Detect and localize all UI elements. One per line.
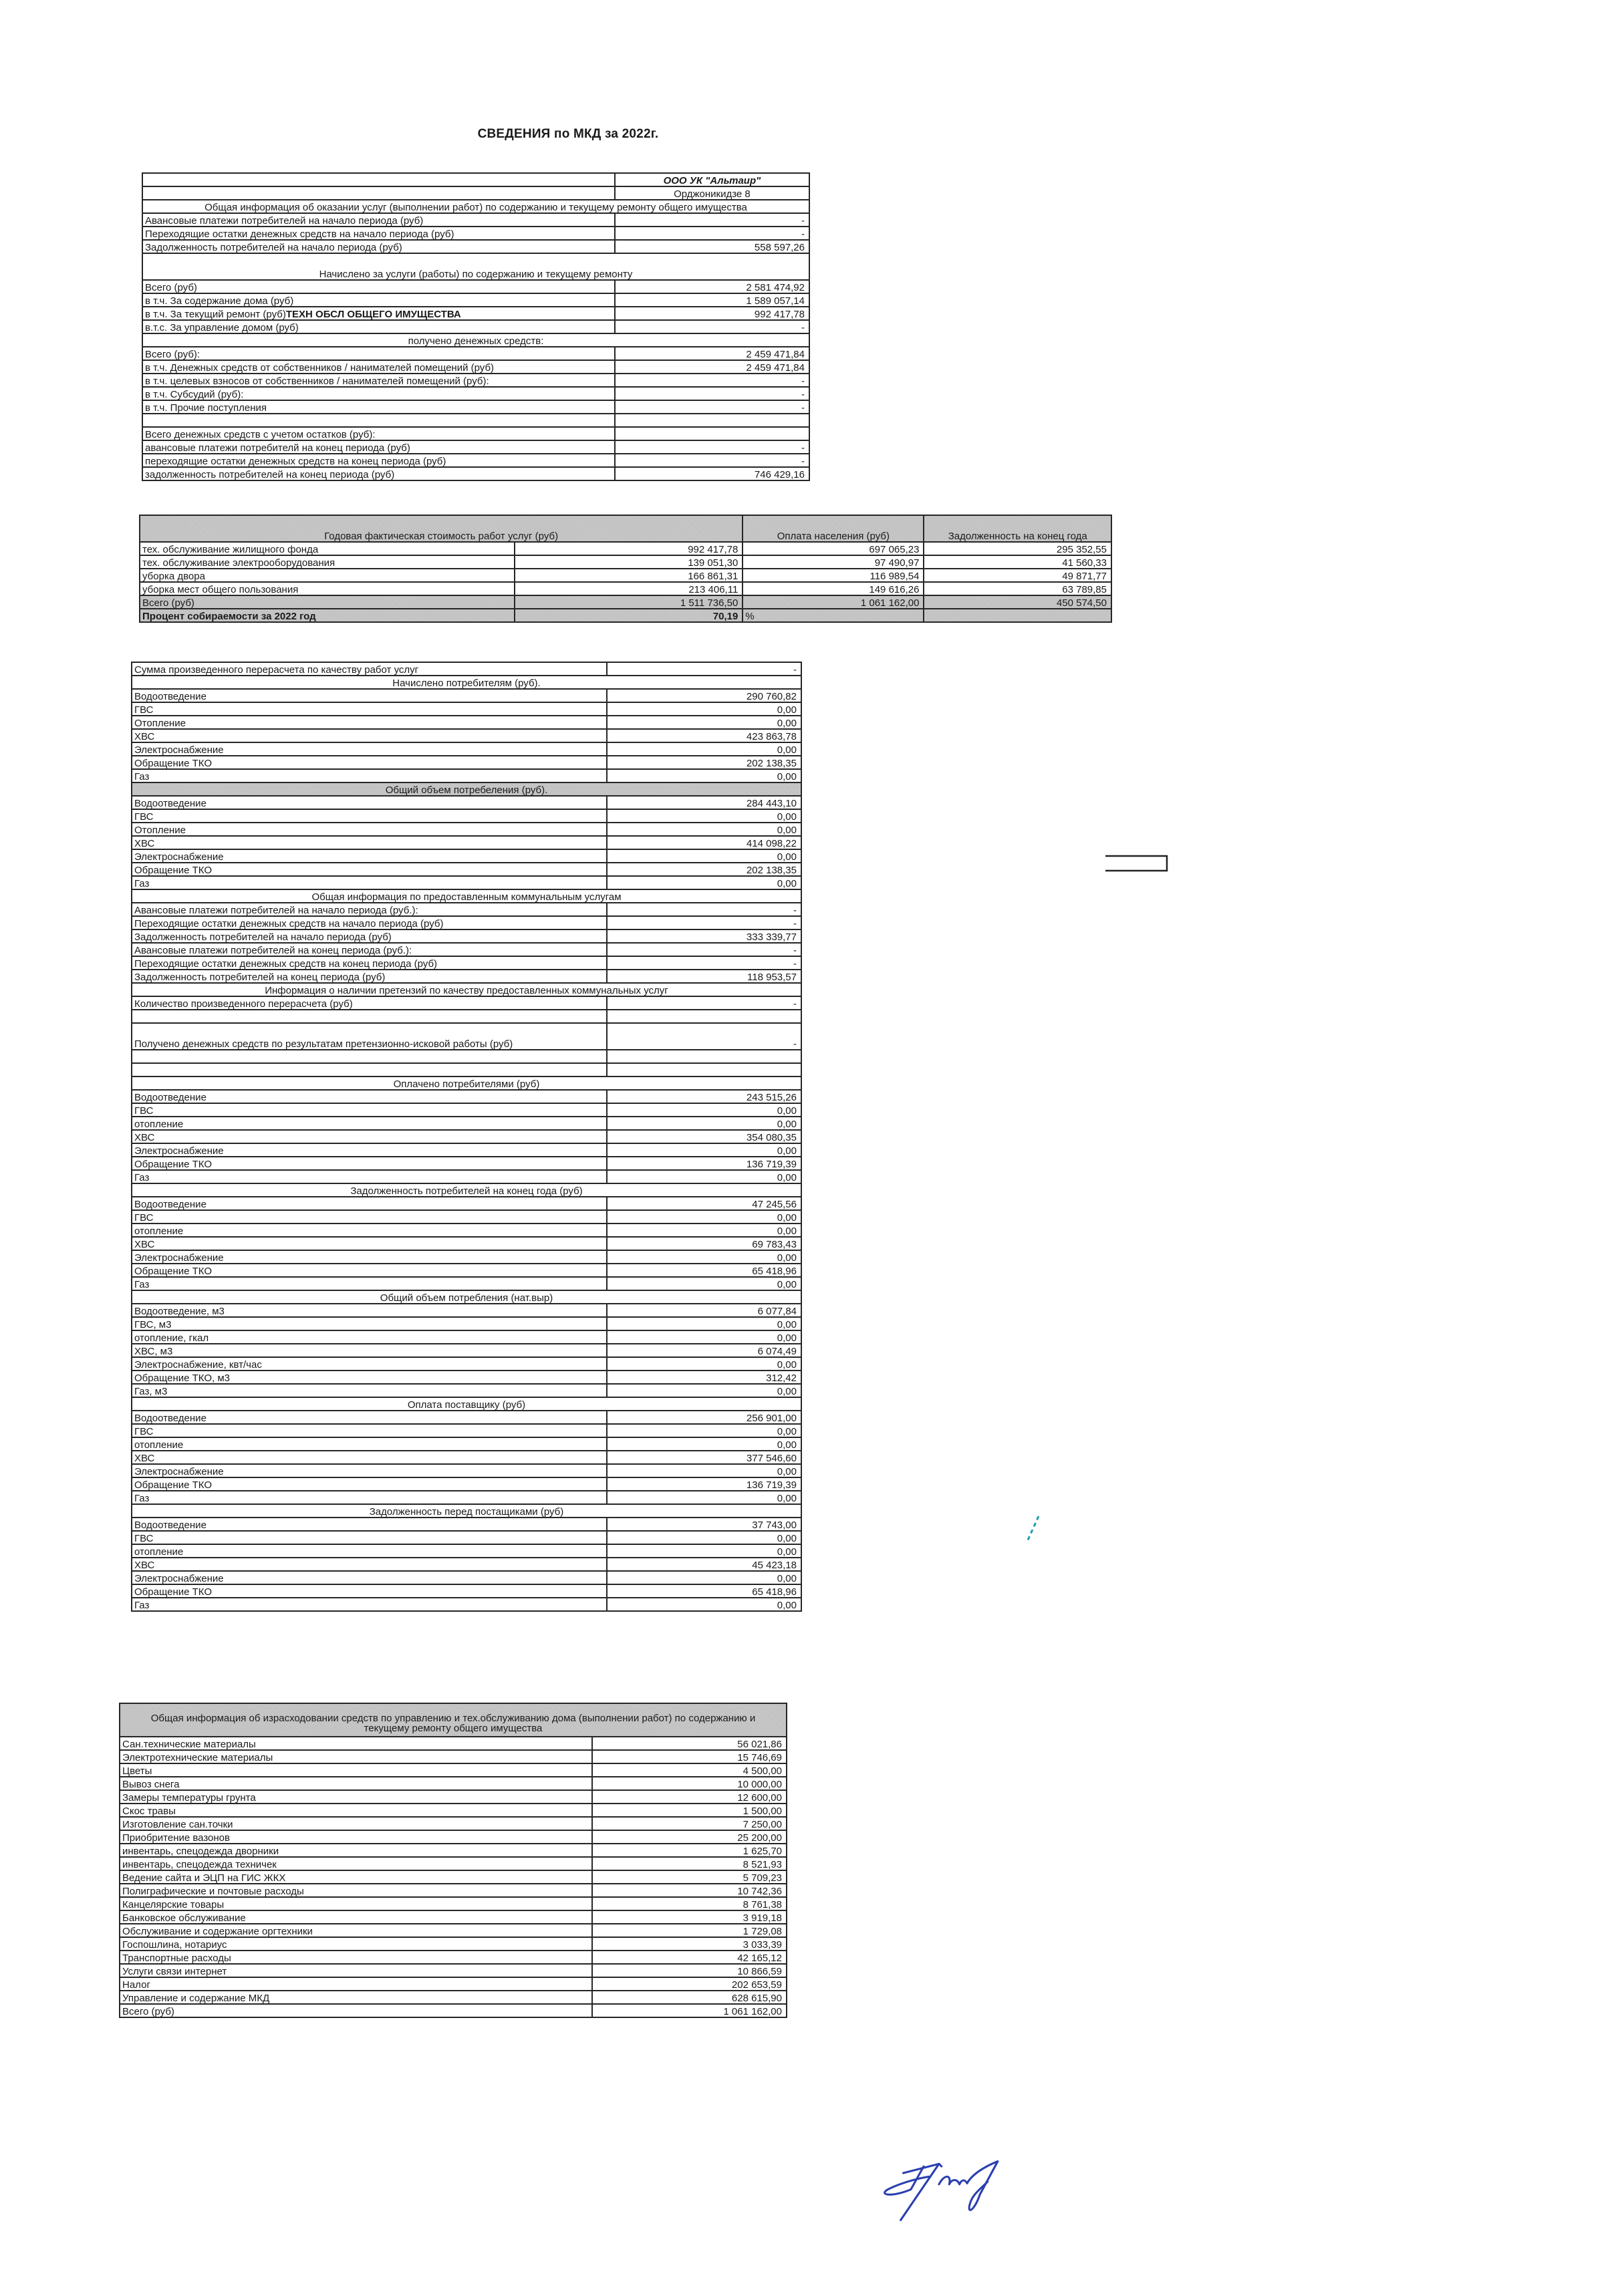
table-row: Газ0,00	[132, 1491, 801, 1504]
paid-value: 149 616,26	[743, 582, 924, 595]
section-header: Информация о наличии претензий по качест…	[132, 983, 801, 996]
row-label: ХВС	[132, 729, 607, 742]
table-row: в т.ч. Прочие поступления-	[142, 400, 809, 414]
row-label: ХВС	[132, 836, 607, 849]
row-label: Газ	[132, 1598, 607, 1611]
table-row: Газ0,00	[132, 1598, 801, 1611]
row-label: в т.ч. Прочие поступления	[142, 400, 615, 414]
table-row: Электроснабжение0,00	[132, 849, 801, 863]
row-label: в т.ч. целевых взносов от собственников …	[142, 374, 615, 387]
row-label: переходящие остатки денежных средств на …	[142, 454, 615, 467]
empty-cell	[924, 609, 1111, 622]
section-header-row: Задолженность перед постащиками (руб)	[132, 1504, 801, 1518]
row-value: 56 021,86	[592, 1737, 787, 1750]
row-label-emphasis: ТЕХН ОБСЛ ОБЩЕГО ИМУЩЕСТВА	[286, 309, 461, 320]
row-value: 333 339,77	[607, 929, 801, 943]
section-header-row: Общая информация об израсходовании средс…	[120, 1703, 787, 1737]
row-label: в т.ч. За содержание дома (руб)	[142, 293, 615, 307]
table-row: ХВС, м36 074,49	[132, 1344, 801, 1357]
row-label: Водоотведение	[132, 796, 607, 809]
annual-cost-header-row: Годовая фактическая стоимость работ услу…	[140, 515, 1111, 542]
cost-value: 992 417,78	[515, 542, 743, 555]
table-row: Количество произведенного перерасчета (р…	[132, 996, 801, 1010]
document-title: СВЕДЕНИЯ по МКД за 2022г.	[0, 127, 1136, 142]
table-row: Переходящие остатки денежных средств на …	[132, 956, 801, 970]
table-row: Полиграфические и почтовые расходы10 742…	[120, 1884, 787, 1897]
row-value	[615, 414, 809, 427]
table-row: Авансовые платежи потребителей на начало…	[142, 213, 809, 227]
empty-cell	[607, 1050, 801, 1063]
row-label: Получено денежных средств по результатам…	[132, 1023, 607, 1050]
table-row: Задолженность потребителей на начало пер…	[132, 929, 801, 943]
row-value: 0,00	[607, 1384, 801, 1397]
table-row: отопление0,00	[132, 1117, 801, 1130]
row-value: 0,00	[607, 1437, 801, 1451]
row-label: инвентарь, спецодежда дворники	[120, 1844, 592, 1857]
cost-value: 213 406,11	[515, 582, 743, 595]
row-value: 45 423,18	[607, 1558, 801, 1571]
row-label: Водоотведение	[132, 1197, 607, 1210]
row-label: Электроснабжение	[132, 1464, 607, 1477]
table-row: Задолженность потребителей на начало пер…	[142, 240, 809, 253]
row-value: -	[607, 996, 801, 1010]
table-row: уборка мест общего пользования213 406,11…	[140, 582, 1111, 595]
row-value: 0,00	[607, 876, 801, 889]
row-value: -	[607, 903, 801, 916]
row-value: 15 746,69	[592, 1750, 787, 1763]
table-row: Водоотведение37 743,00	[132, 1518, 801, 1531]
row-label: в.т.с. За управление домом (руб)	[142, 320, 615, 333]
row-label: Вывоз снега	[120, 1777, 592, 1790]
row-label: инвентарь, спецодежда техничек	[120, 1857, 592, 1870]
table-row: Переходящие остатки денежных средств на …	[142, 227, 809, 240]
row-label: Всего (руб)	[120, 2004, 592, 2017]
row-label: ХВС	[132, 1130, 607, 1143]
row-label: Газ	[132, 769, 607, 782]
table-row: Скос травы1 500,00	[120, 1804, 787, 1817]
row-label: Электротехнические материалы	[120, 1750, 592, 1763]
table-row: Транспортные расходы42 165,12	[120, 1951, 787, 1964]
table-row: Электроснабжение0,00	[132, 1464, 801, 1477]
table-row: в т.ч. Субсудий (руб):-	[142, 387, 809, 400]
cost-value: 139 051,30	[515, 555, 743, 569]
table-row: Канцелярские товары8 761,38	[120, 1897, 787, 1910]
table-row: отопление, гкал0,00	[132, 1330, 801, 1344]
row-label: отопление, гкал	[132, 1330, 607, 1344]
debt-value: 49 871,77	[924, 569, 1111, 582]
row-label-text: в т.ч. За содержание дома (руб)	[145, 295, 293, 307]
row-label-text: в.т.с. За управление домом (руб)	[145, 322, 299, 333]
table-row: ХВС45 423,18	[132, 1558, 801, 1571]
section-header-row: Оплата поставщику (руб)	[132, 1397, 801, 1411]
table-row: тех. обслуживание жилищного фонда992 417…	[140, 542, 1111, 555]
table-row: Обращение ТКО65 418,96	[132, 1584, 801, 1598]
table-row: инвентарь, спецодежда техничек8 521,93	[120, 1857, 787, 1870]
row-value: 0,00	[607, 1598, 801, 1611]
row-value: 0,00	[607, 702, 801, 716]
bracket-mark-icon	[1103, 852, 1170, 872]
recalc-row: Сумма произведенного перерасчета по каче…	[132, 662, 801, 676]
row-label: Авансовые платежи потребителей на начало…	[142, 213, 615, 227]
row-value: 746 429,16	[615, 467, 809, 480]
table-row: Налог202 653,59	[120, 1977, 787, 1991]
section-header: Общая информация об оказании услуг (выпо…	[142, 200, 809, 213]
row-label: Обращение ТКО	[132, 756, 607, 769]
row-label: Обращение ТКО	[132, 1157, 607, 1170]
section-header: Общая информация по предоставленным комм…	[132, 889, 801, 903]
row-value: 1 500,00	[592, 1804, 787, 1817]
annual-cost-table: Годовая фактическая стоимость работ услу…	[139, 515, 1112, 623]
row-label-text: в т.ч. За текущий ремонт (руб)	[145, 309, 286, 320]
row-label: ХВС, м3	[132, 1344, 607, 1357]
table-row: задолженность потребителей на конец пери…	[142, 467, 809, 480]
company-row: ООО УК "Альтаир"	[142, 173, 809, 186]
table-row: переходящие остатки денежных средств на …	[142, 454, 809, 467]
cost-value: 166 861,31	[515, 569, 743, 582]
row-label: Электроснабжение	[132, 1143, 607, 1157]
table-row: Изготовление сан.точки7 250,00	[120, 1817, 787, 1830]
empty-cell	[132, 1063, 607, 1077]
row-label: Водоотведение	[132, 1411, 607, 1424]
collection-rate-value: 70,19	[515, 609, 743, 622]
row-value: 628 615,90	[592, 1991, 787, 2004]
section-header: Задолженность потребителей на конец года…	[132, 1183, 801, 1197]
row-value: 0,00	[607, 823, 801, 836]
table-row: тех. обслуживание электрооборудования139…	[140, 555, 1111, 569]
table-row: в т.ч. целевых взносов от собственников …	[142, 374, 809, 387]
row-value: 1 061 162,00	[592, 2004, 787, 2017]
section-header-row: Общая информация об оказании услуг (выпо…	[142, 200, 809, 213]
row-value: -	[607, 916, 801, 929]
table-row: Задолженность потребителей на конец пери…	[132, 970, 801, 983]
debt-value: 450 574,50	[924, 595, 1111, 609]
row-label: Количество произведенного перерасчета (р…	[132, 996, 607, 1010]
row-label: Управление и содержание МКД	[120, 1991, 592, 2004]
table-row: Газ, м30,00	[132, 1384, 801, 1397]
row-value: 0,00	[607, 716, 801, 729]
blank-row	[132, 1050, 801, 1063]
table-row: Всего денежных средств с учетом остатков…	[142, 427, 809, 440]
row-value: -	[615, 213, 809, 227]
table-row: отопление0,00	[132, 1544, 801, 1558]
table-row: ГВС0,00	[132, 1210, 801, 1224]
row-label: Обращение ТКО	[132, 1477, 607, 1491]
table-row: в т.ч. Денежных средств от собственников…	[142, 360, 809, 374]
table-row: Газ0,00	[132, 1277, 801, 1290]
table-row: Отопление0,00	[132, 716, 801, 729]
row-label: Водоотведение	[132, 689, 607, 702]
row-value: 312,42	[607, 1371, 801, 1384]
row-value: 65 418,96	[607, 1584, 801, 1598]
table-row: ХВС69 783,43	[132, 1237, 801, 1250]
table-row: Газ0,00	[132, 1170, 801, 1183]
row-label: Отопление	[132, 716, 607, 729]
empty-cell	[142, 173, 615, 186]
row-value: -	[615, 400, 809, 414]
row-value: 8 521,93	[592, 1857, 787, 1870]
row-label: уборка мест общего пользования	[140, 582, 515, 595]
row-label: Отопление	[132, 823, 607, 836]
row-label: Замеры температуры грунта	[120, 1790, 592, 1804]
row-label: Изготовление сан.точки	[120, 1817, 592, 1830]
row-value: 414 098,22	[607, 836, 801, 849]
row-value: 284 443,10	[607, 796, 801, 809]
table-row: ГВС0,00	[132, 1531, 801, 1544]
table-row: отопление0,00	[132, 1224, 801, 1237]
table-row: Обращение ТКО, м3312,42	[132, 1371, 801, 1384]
row-label: Банковское обслуживание	[120, 1910, 592, 1924]
table-row: Газ0,00	[132, 876, 801, 889]
row-value: 0,00	[607, 1544, 801, 1558]
row-label: отопление	[132, 1437, 607, 1451]
section-header-row: Начислено за услуги (работы) по содержан…	[142, 253, 809, 280]
row-label: Цветы	[120, 1763, 592, 1777]
row-value: 0,00	[607, 769, 801, 782]
row-label: Сан.технические материалы	[120, 1737, 592, 1750]
section-header: Общая информация об израсходовании средс…	[120, 1703, 787, 1737]
row-label: ГВС	[132, 1424, 607, 1437]
cost-value: 1 511 736,50	[515, 595, 743, 609]
collection-rate-row: Процент собираемости за 2022 год70,19%	[140, 609, 1111, 622]
company-name: ООО УК "Альтаир"	[615, 173, 809, 186]
table-row: Электроснабжение, квт/час0,00	[132, 1357, 801, 1371]
row-value: 10 742,36	[592, 1884, 787, 1897]
paid-value: 697 065,23	[743, 542, 924, 555]
row-value: 2 581 474,92	[615, 280, 809, 293]
table-row: Электроснабжение0,00	[132, 1571, 801, 1584]
table-row: ХВС414 098,22	[132, 836, 801, 849]
row-label: Полиграфические и почтовые расходы	[120, 1884, 592, 1897]
row-label: Задолженность потребителей на начало пер…	[142, 240, 615, 253]
row-label: Задолженность потребителей на начало пер…	[132, 929, 607, 943]
table-row: Обращение ТКО202 138,35	[132, 863, 801, 876]
table-row: Обращение ТКО202 138,35	[132, 756, 801, 769]
section-header: Начислено за услуги (работы) по содержан…	[142, 253, 809, 280]
row-label: Газ, м3	[132, 1384, 607, 1397]
table-row: ГВС0,00	[132, 1103, 801, 1117]
total-row: Всего (руб)1 511 736,501 061 162,00450 5…	[140, 595, 1111, 609]
table-row: Водоотведение243 515,26	[132, 1090, 801, 1103]
row-value: 42 165,12	[592, 1951, 787, 1964]
row-value: -	[607, 662, 801, 676]
row-label: Электроснабжение	[132, 1250, 607, 1264]
row-label: Обращение ТКО	[132, 863, 607, 876]
table-row: Получено денежных средств по результатам…	[132, 1023, 801, 1050]
blank-row	[132, 1010, 801, 1023]
row-value: 10 000,00	[592, 1777, 787, 1790]
row-label: Процент собираемости за 2022 год	[140, 609, 515, 622]
row-value: 0,00	[607, 1210, 801, 1224]
row-value	[615, 427, 809, 440]
row-label: Электроснабжение, квт/час	[132, 1357, 607, 1371]
table-row: Отопление0,00	[132, 823, 801, 836]
table-row: ХВС377 546,60	[132, 1451, 801, 1464]
row-value: -	[607, 943, 801, 956]
row-value: 0,00	[607, 1571, 801, 1584]
table-row: Авансовые платежи потребителей на начало…	[132, 903, 801, 916]
row-value: 65 418,96	[607, 1264, 801, 1277]
row-value: 202 653,59	[592, 1977, 787, 1991]
table-row: Ведение сайта и ЭЦП на ГИС ЖКХ5 709,23	[120, 1870, 787, 1884]
table-row: Обслуживание и содержание оргтехники1 72…	[120, 1924, 787, 1937]
row-label	[142, 414, 615, 427]
row-value: 136 719,39	[607, 1477, 801, 1491]
row-label: отопление	[132, 1117, 607, 1130]
row-label: ГВС	[132, 809, 607, 823]
row-value: -	[615, 227, 809, 240]
row-label: Обращение ТКО, м3	[132, 1371, 607, 1384]
table-row: Водоотведение47 245,56	[132, 1197, 801, 1210]
row-value: 377 546,60	[607, 1451, 801, 1464]
row-value: 0,00	[607, 1424, 801, 1437]
row-value: 992 417,78	[615, 307, 809, 320]
row-value: 37 743,00	[607, 1518, 801, 1531]
table-row: Управление и содержание МКД628 615,90	[120, 1991, 787, 2004]
row-value: 5 709,23	[592, 1870, 787, 1884]
table-row: в.т.с. За управление домом (руб)-	[142, 320, 809, 333]
row-value: 12 600,00	[592, 1790, 787, 1804]
table-row: Водоотведение, м36 077,84	[132, 1304, 801, 1317]
row-label: Всего (руб):	[142, 347, 615, 360]
row-label: ГВС, м3	[132, 1317, 607, 1330]
table-row: ХВС423 863,78	[132, 729, 801, 742]
table-row: Банковское обслуживание3 919,18	[120, 1910, 787, 1924]
table-row: Водоотведение284 443,10	[132, 796, 801, 809]
row-value: 0,00	[607, 742, 801, 756]
row-label: Газ	[132, 1491, 607, 1504]
row-label: ХВС	[132, 1558, 607, 1571]
row-label: отопление	[132, 1544, 607, 1558]
row-value: 0,00	[607, 1277, 801, 1290]
row-label: тех. обслуживание жилищного фонда	[140, 542, 515, 555]
row-label: Переходящие остатки денежных средств на …	[132, 916, 607, 929]
empty-cell	[607, 1063, 801, 1077]
row-value: 2 459 471,84	[615, 360, 809, 374]
table-row: Всего (руб):2 459 471,84	[142, 347, 809, 360]
section-header: Оплачено потребителями (руб)	[132, 1077, 801, 1090]
table-row: Переходящие остатки денежных средств на …	[132, 916, 801, 929]
row-label: Электроснабжение	[132, 1571, 607, 1584]
row-label: задолженность потребителей на конец пери…	[142, 467, 615, 480]
row-label: Налог	[120, 1977, 592, 1991]
section-header: Общий объем потребеления (руб).	[132, 782, 801, 796]
section-header: Начислено потребителям (руб).	[132, 676, 801, 689]
percent-unit: %	[743, 609, 924, 622]
row-value: 8 761,38	[592, 1897, 787, 1910]
debt-value: 41 560,33	[924, 555, 1111, 569]
empty-cell	[132, 1010, 607, 1023]
section-header-row: Общий объем потребления (нат.выр)	[132, 1290, 801, 1304]
row-label: Водоотведение	[132, 1090, 607, 1103]
row-value: 47 245,56	[607, 1197, 801, 1210]
row-value: 202 138,35	[607, 756, 801, 769]
row-label: Задолженность потребителей на конец пери…	[132, 970, 607, 983]
section-header: Годовая фактическая стоимость работ услу…	[140, 515, 743, 542]
table-row: Водоотведение290 760,82	[132, 689, 801, 702]
row-value: 118 953,57	[607, 970, 801, 983]
table-row: Услуги связи интернет10 866,59	[120, 1964, 787, 1977]
table-row: Вывоз снега10 000,00	[120, 1777, 787, 1790]
row-value: 0,00	[607, 1103, 801, 1117]
pen-stroke-icon	[1023, 1514, 1043, 1547]
row-label: Канцелярские товары	[120, 1897, 592, 1910]
row-value: -	[615, 387, 809, 400]
section-header: Общий объем потребления (нат.выр)	[132, 1290, 801, 1304]
row-value: 7 250,00	[592, 1817, 787, 1830]
section-header: Оплата поставщику (руб)	[132, 1397, 801, 1411]
row-value: 0,00	[607, 1117, 801, 1130]
row-label: отопление	[132, 1224, 607, 1237]
row-value: 256 901,00	[607, 1411, 801, 1424]
row-label: Всего (руб)	[140, 595, 515, 609]
signature-icon	[855, 2138, 1023, 2225]
row-label: Переходящие остатки денежных средств на …	[132, 956, 607, 970]
paid-value: 97 490,97	[743, 555, 924, 569]
row-value: 423 863,78	[607, 729, 801, 742]
table-row: в т.ч. За текущий ремонт (руб)ТЕХН ОБСЛ …	[142, 307, 809, 320]
row-value: 25 200,00	[592, 1830, 787, 1844]
row-value: 243 515,26	[607, 1090, 801, 1103]
table-row: Электротехнические материалы15 746,69	[120, 1750, 787, 1763]
row-label: Водоотведение, м3	[132, 1304, 607, 1317]
row-label: Газ	[132, 1277, 607, 1290]
row-value: -	[615, 374, 809, 387]
row-value: 0,00	[607, 1224, 801, 1237]
row-value: 0,00	[607, 809, 801, 823]
row-value: 0,00	[607, 1170, 801, 1183]
paid-value: 1 061 162,00	[743, 595, 924, 609]
empty-cell	[607, 1010, 801, 1023]
row-label: в т.ч. Субсудий (руб):	[142, 387, 615, 400]
row-label: ХВС	[132, 1451, 607, 1464]
row-value: 6 074,49	[607, 1344, 801, 1357]
table-row: уборка двора166 861,31116 989,5449 871,7…	[140, 569, 1111, 582]
row-label: ГВС	[132, 702, 607, 716]
section-header: Задолженность перед постащиками (руб)	[132, 1504, 801, 1518]
section-header-row: Задолженность потребителей на конец года…	[132, 1183, 801, 1197]
row-label: Обращение ТКО	[132, 1584, 607, 1598]
table-row: инвентарь, спецодежда дворники1 625,70	[120, 1844, 787, 1857]
row-label-text: Всего (руб)	[145, 282, 197, 293]
row-value: 6 077,84	[607, 1304, 801, 1317]
table-row: ГВС0,00	[132, 1424, 801, 1437]
section-header-row: Начислено потребителям (руб).	[132, 676, 801, 689]
table-row: ГВС0,00	[132, 809, 801, 823]
row-label: ХВС	[132, 1237, 607, 1250]
row-value: 1 589 057,14	[615, 293, 809, 307]
row-label: ГВС	[132, 1531, 607, 1544]
table-row: Электроснабжение0,00	[132, 1143, 801, 1157]
debt-value: 295 352,55	[924, 542, 1111, 555]
section-header: получено денежных средств:	[142, 333, 809, 347]
row-value: 558 597,26	[615, 240, 809, 253]
section-header-row: Оплачено потребителями (руб)	[132, 1077, 801, 1090]
table-row: Электроснабжение0,00	[132, 1250, 801, 1264]
row-value: 290 760,82	[607, 689, 801, 702]
table-row: ГВС, м30,00	[132, 1317, 801, 1330]
row-label: Электроснабжение	[132, 742, 607, 756]
row-value: 136 719,39	[607, 1157, 801, 1170]
row-label: ГВС	[132, 1103, 607, 1117]
row-value: 0,00	[607, 1491, 801, 1504]
row-value: 3 919,18	[592, 1910, 787, 1924]
paid-value: 116 989,54	[743, 569, 924, 582]
table-row: Авансовые платежи потребителей на конец …	[132, 943, 801, 956]
row-label: Ведение сайта и ЭЦП на ГИС ЖКХ	[120, 1870, 592, 1884]
row-label: Газ	[132, 1170, 607, 1183]
empty-cell	[132, 1050, 607, 1063]
row-value: -	[615, 454, 809, 467]
